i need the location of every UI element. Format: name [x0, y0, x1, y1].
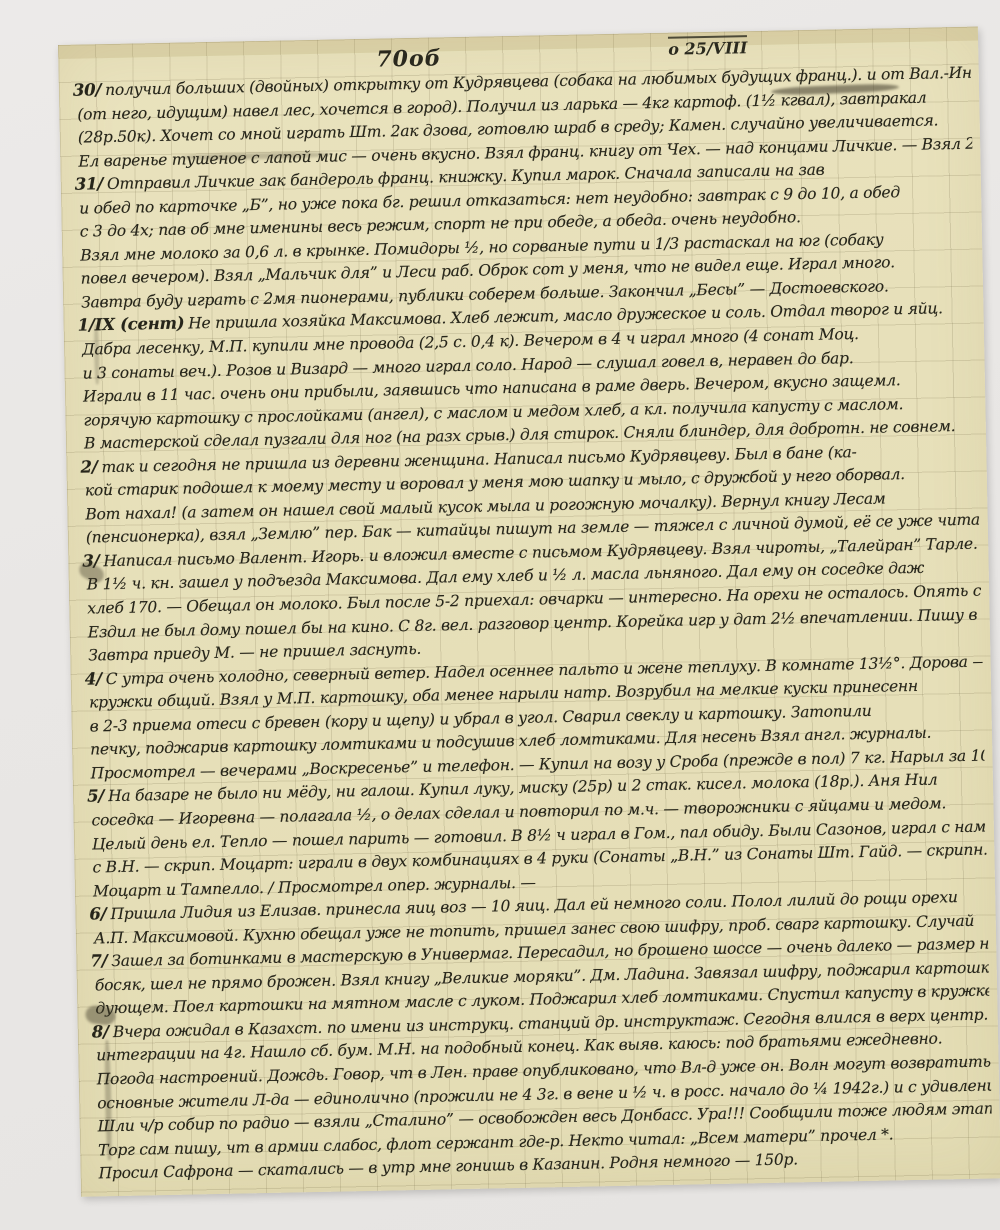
entry-number: 31/ [75, 174, 104, 194]
date-annotation: о 25/VIII [668, 35, 748, 59]
notebook-page: 70об о 25/VIII 30/получил больших (двойн… [58, 27, 1000, 1197]
entry-number: 5/ [87, 787, 104, 806]
entry-number: 4/ [85, 669, 102, 688]
entry-number: 7/ [90, 951, 107, 970]
handwriting-block: 30/получил больших (двойных) открытку от… [73, 61, 993, 1186]
entry-number: 2/ [80, 457, 97, 476]
entry-number: 6/ [89, 904, 106, 923]
entry-number: 30/ [73, 80, 102, 100]
page-number: 70об [376, 45, 442, 72]
scan-background: 70об о 25/VIII 30/получил больших (двойн… [0, 0, 1000, 1230]
